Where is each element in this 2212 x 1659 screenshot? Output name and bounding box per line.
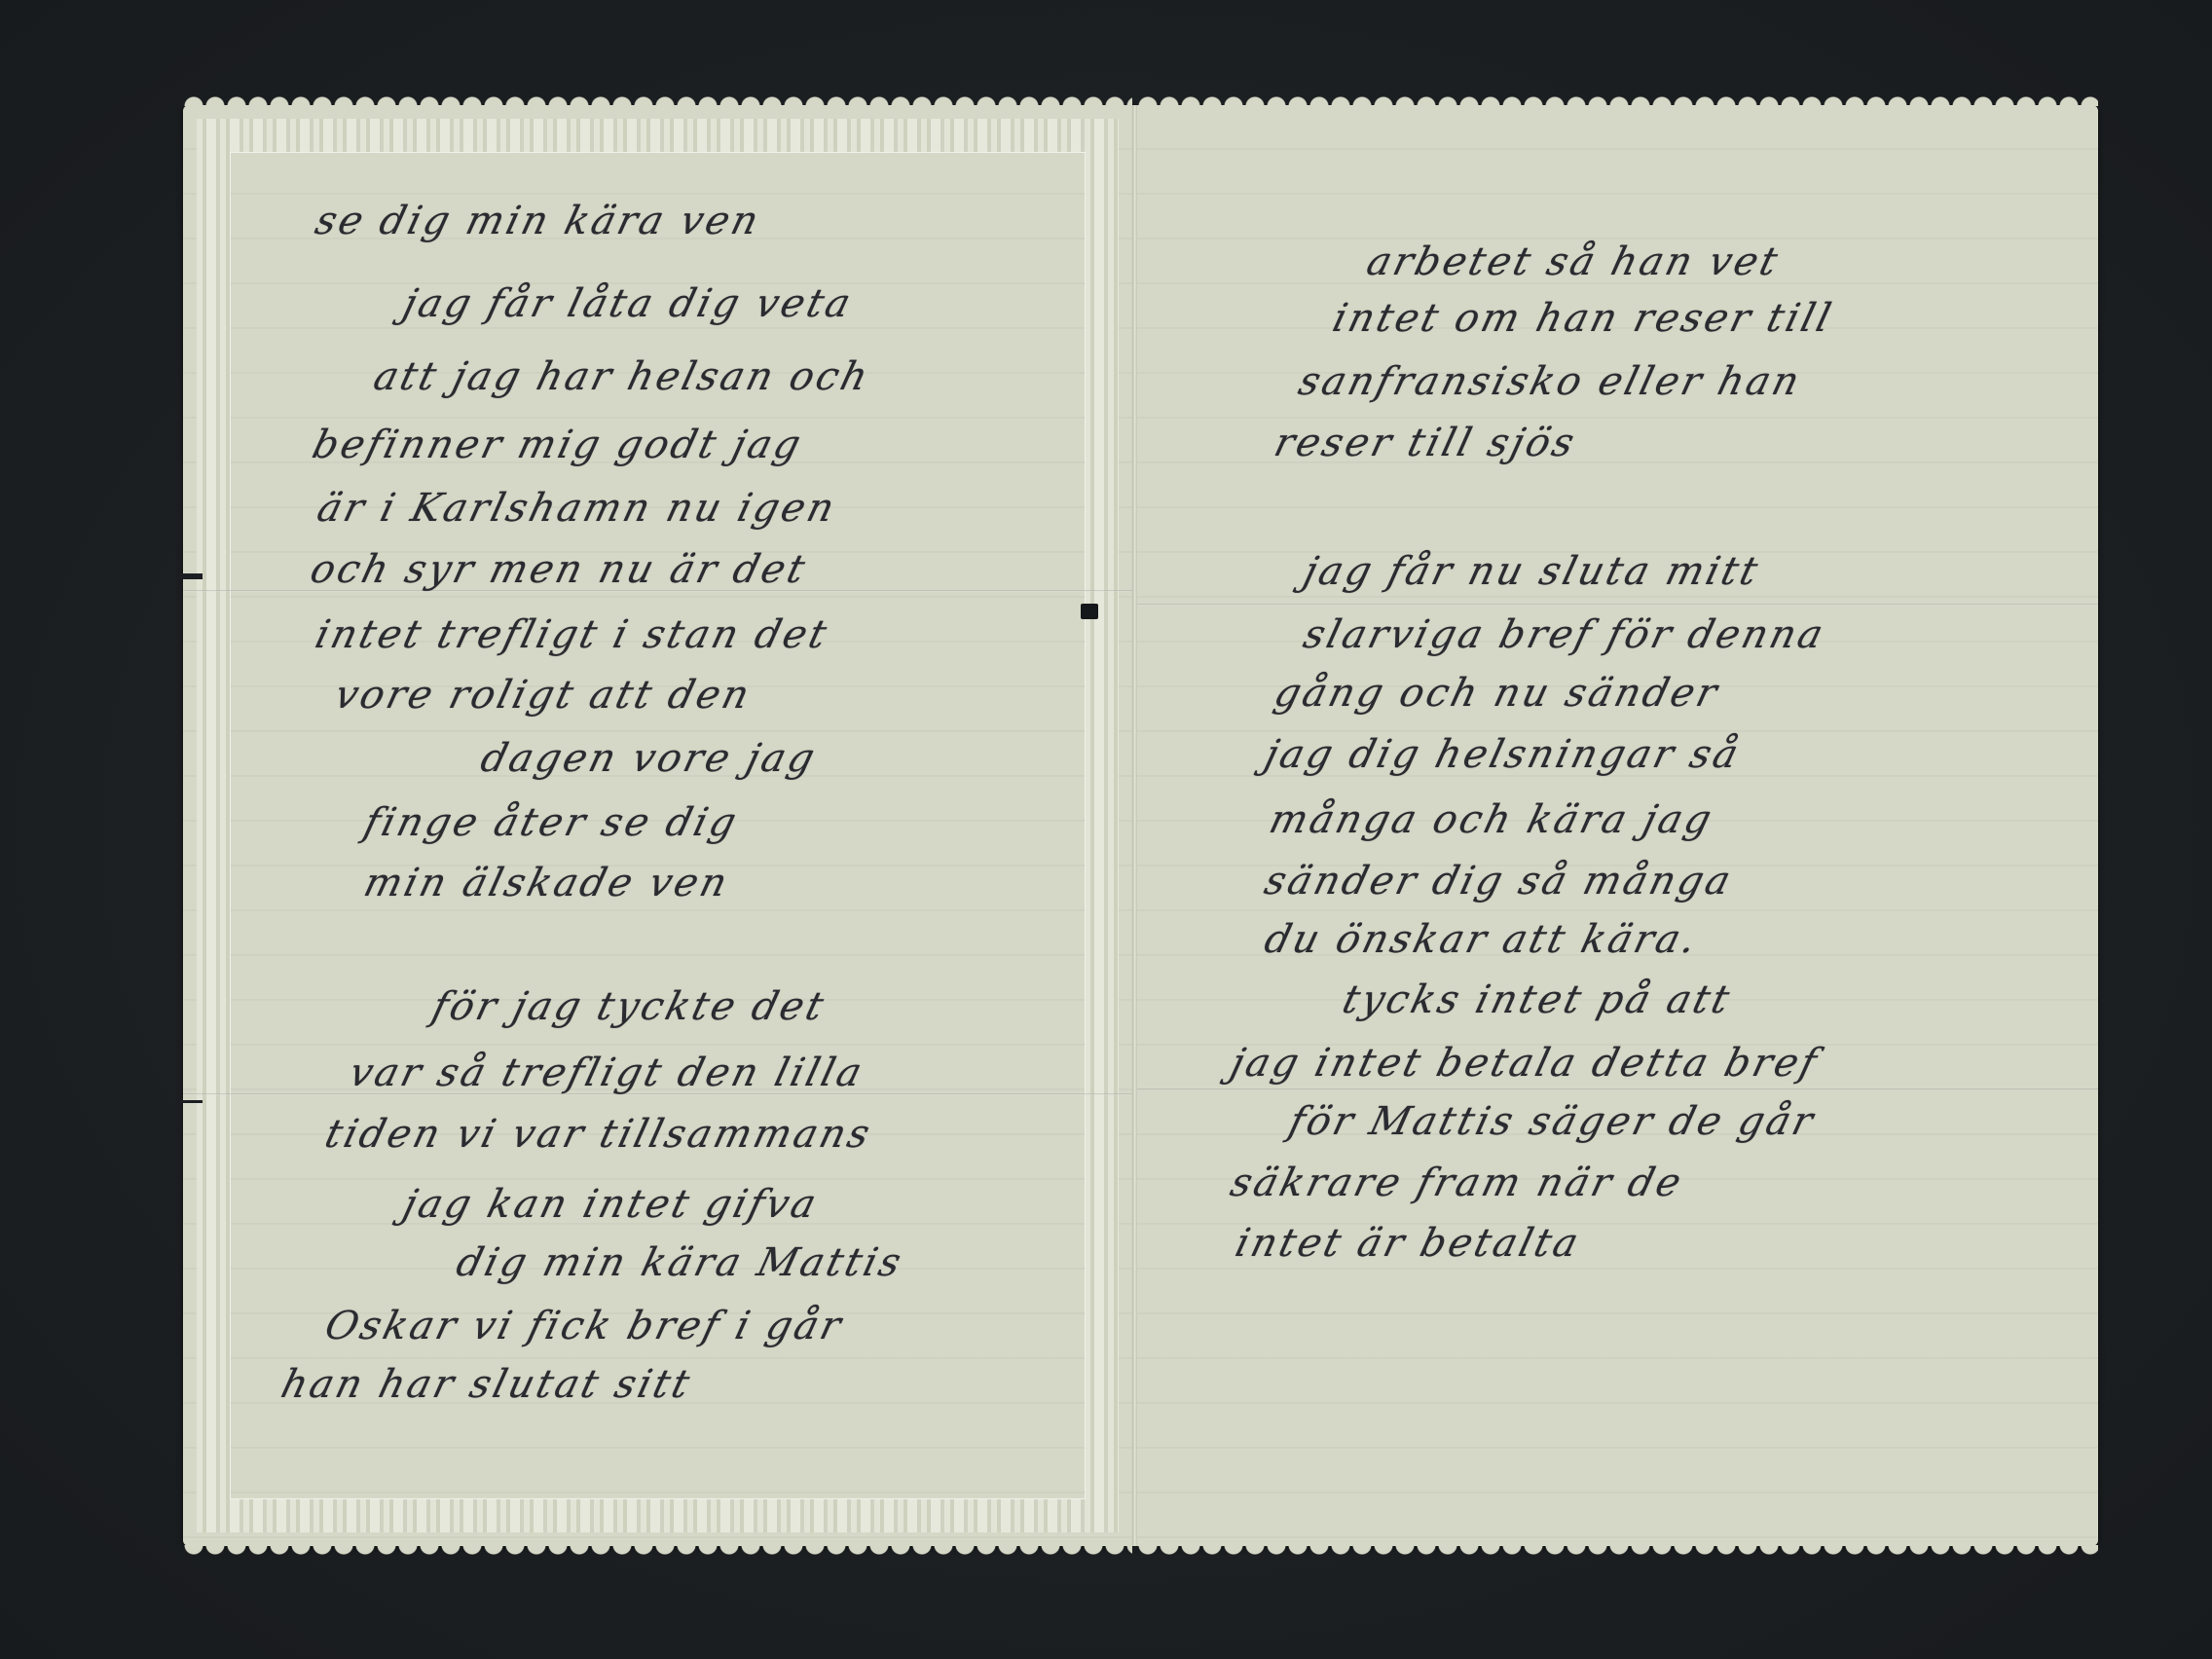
handwritten-line: gång och nu sänder: [1270, 671, 1724, 716]
handwritten-line: för Mattis säger de går: [1284, 1099, 1820, 1144]
handwritten-line: jag kan intet gifva: [398, 1182, 823, 1227]
handwritten-line: sänder dig så många: [1260, 859, 1738, 903]
handwritten-line: se dig min kära ven: [311, 199, 765, 243]
handwritten-line: befinner mig godt jag: [308, 423, 807, 467]
handwritten-line: arbetet så han vet: [1362, 240, 1785, 284]
handwritten-line: tycks intet på att: [1338, 977, 1736, 1022]
handwritten-line: intet är betalta: [1231, 1221, 1585, 1266]
handwritten-line: för jag tyckte det: [427, 984, 830, 1029]
handwritten-line: intet om han reser till: [1328, 296, 1838, 341]
handwritten-line: jag intet betala detta bref: [1226, 1041, 1824, 1086]
handwritten-line: reser till sjös: [1270, 421, 1581, 465]
handwritten-line: jag får nu sluta mitt: [1299, 549, 1764, 594]
horizontal-fold-crease: [1137, 604, 2098, 606]
handwritten-line: att jag har helsan och: [369, 354, 875, 399]
paper-tear: [179, 1100, 203, 1103]
center-fold: [1132, 105, 1137, 1546]
handwritten-line: du önskar att kära.: [1260, 917, 1703, 962]
paper-hole: [1081, 604, 1098, 619]
paper-tear: [179, 573, 203, 579]
handwritten-line: var så trefligt den lilla: [345, 1051, 868, 1095]
handwritten-line: jag får låta dig veta: [398, 281, 858, 326]
horizontal-fold-crease: [1137, 1088, 2098, 1090]
handwritten-line: sanfransisko eller han: [1294, 359, 1806, 404]
handwritten-line: dig min kära Mattis: [452, 1240, 907, 1285]
handwritten-line: min älskade ven: [359, 861, 734, 905]
handwritten-line: tiden vi var tillsammans: [320, 1112, 876, 1157]
handwritten-line: vore roligt att den: [330, 673, 756, 718]
handwritten-line: och syr men nu är det: [306, 547, 812, 592]
handwritten-line: Oskar vi fick bref i går: [320, 1304, 848, 1348]
handwritten-line: slarviga bref för denna: [1299, 612, 1830, 657]
handwritten-line: säkrare fram när de: [1226, 1161, 1688, 1205]
handwritten-line: intet trefligt i stan det: [311, 612, 833, 657]
handwritten-line: många och kära jag: [1265, 797, 1718, 842]
handwritten-line: jag dig helsningar så: [1260, 732, 1746, 777]
handwritten-line: är i Karlshamn nu igen: [313, 486, 841, 531]
handwritten-line: dagen vore jag: [476, 736, 822, 781]
handwritten-line: han har slutat sitt: [276, 1362, 696, 1407]
handwritten-line: finge åter se dig: [359, 800, 743, 845]
